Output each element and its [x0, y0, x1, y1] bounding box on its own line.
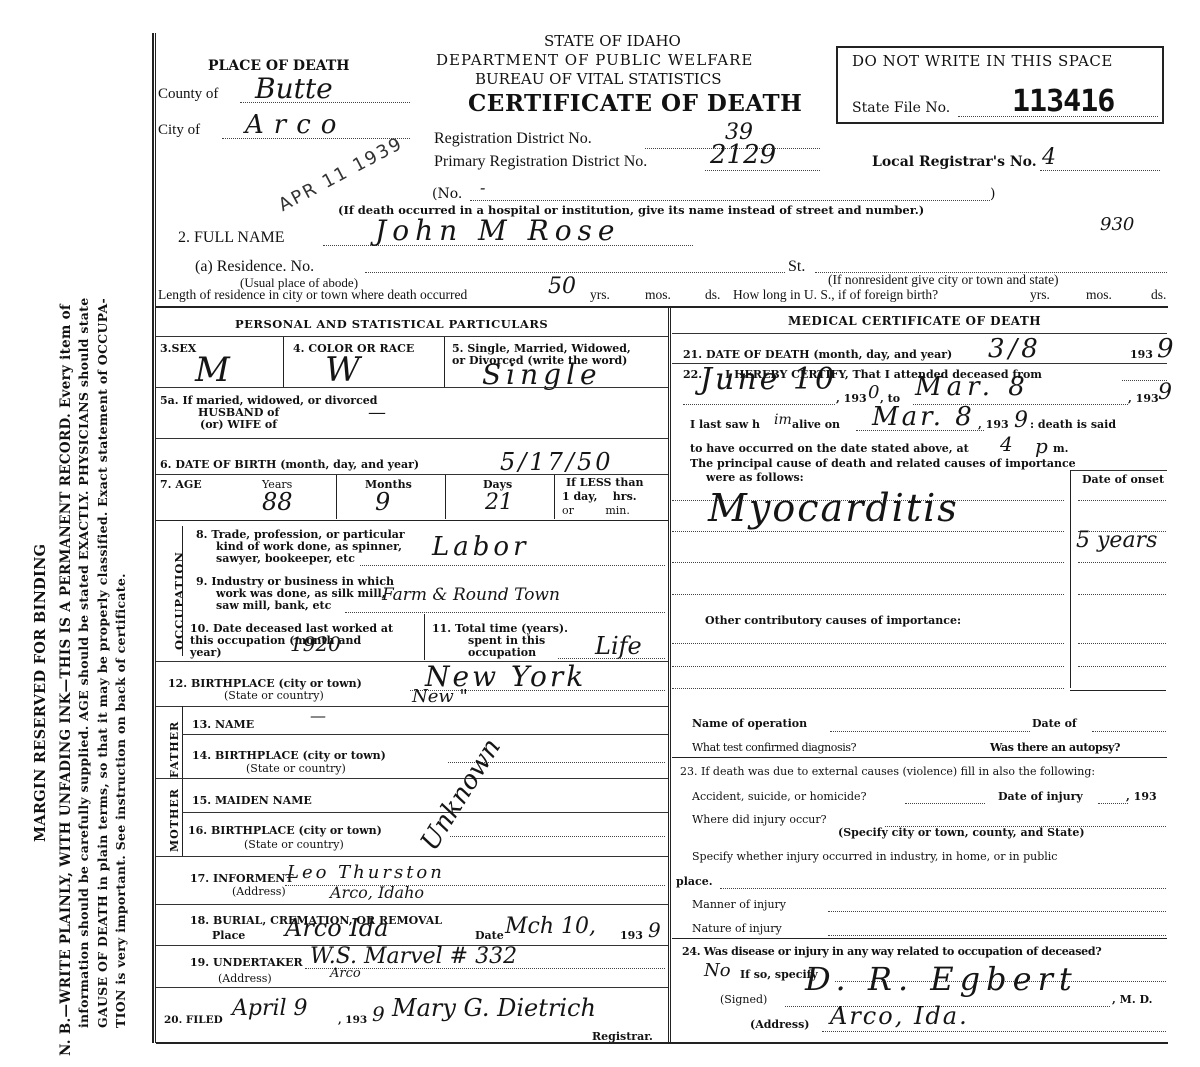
burial-year-prefix: 193	[620, 929, 643, 942]
cause-line-2	[672, 531, 1064, 532]
last-saw-value[interactable]: Mar. 8	[872, 402, 975, 432]
filed-label: 20. FILED	[164, 1014, 223, 1026]
last-saw-pronoun[interactable]: im	[774, 412, 792, 428]
foreign-ds-label: ds.	[1151, 287, 1166, 303]
burial-year-value[interactable]: 9	[648, 918, 661, 942]
yrs-label: yrs.	[590, 287, 610, 303]
color-race-value[interactable]: W	[325, 350, 360, 390]
spouse-label-3: (or) WIFE of	[200, 418, 277, 431]
divider	[1070, 470, 1167, 471]
age-months-value[interactable]: 9	[375, 488, 390, 516]
certificate-title: CERTIFICATE OF DEATH	[468, 90, 802, 117]
place-label: place.	[676, 875, 713, 888]
divider	[182, 526, 183, 656]
street-no-value[interactable]: -	[480, 178, 485, 197]
burial-place-label: Place	[212, 929, 245, 942]
county-value[interactable]: Butte	[255, 72, 333, 105]
age-label: 7. AGE	[160, 478, 202, 491]
time-value[interactable]: 4	[1000, 432, 1013, 456]
industry-value[interactable]: Farm & Round Town	[382, 585, 560, 605]
primary-reg-underline	[705, 170, 820, 171]
age-days-value[interactable]: 21	[485, 490, 513, 515]
external-causes-label: 23. If death was due to external causes …	[680, 765, 1095, 778]
mother-birthplace-label-1: 16. BIRTHPLACE (city or town)	[188, 824, 382, 837]
state-heading: STATE OF IDAHO	[544, 32, 681, 50]
md-label: , M. D.	[1112, 993, 1152, 1006]
nonresident-note: (If nonresident give city or town and st…	[828, 272, 1059, 288]
dod-year-value[interactable]: 9	[1157, 334, 1174, 364]
attended-to-value[interactable]: Mar. 8	[915, 372, 1030, 402]
father-birthplace-label-2: (State or country)	[246, 762, 346, 775]
mother-maiden-label: 15. MAIDEN NAME	[192, 794, 312, 807]
section-divider-top	[156, 306, 1168, 308]
operation-date-label: Date of	[1032, 717, 1077, 730]
column-divider	[668, 308, 671, 1044]
dob-label: 6. DATE OF BIRTH (month, day, and year)	[160, 458, 419, 471]
father-name-label: 13. NAME	[192, 718, 254, 731]
father-birthplace-label-1: 14. BIRTHPLACE (city or town)	[192, 749, 386, 762]
state-file-number: 113416	[1012, 84, 1114, 119]
city-label: City of	[158, 122, 200, 139]
margin-notes: MARGIN RESERVED FOR BINDING N. B.—WRITE …	[0, 0, 150, 1067]
divider	[672, 938, 1167, 939]
primary-reg-value[interactable]: 2129	[710, 140, 776, 170]
margin-line-3: GAUSE OF DEATH in plain terms, so that i…	[95, 298, 110, 1028]
operation-underline	[830, 731, 1030, 732]
accident-label: Accident, suicide, or homicide?	[692, 790, 866, 803]
informant-label: 17. INFORMENT	[190, 872, 294, 885]
cause-value[interactable]: Myocarditis	[708, 486, 959, 530]
occupation-related-value[interactable]: No	[704, 960, 731, 981]
trade-value[interactable]: Labor	[432, 532, 530, 562]
last-saw-label: I last saw h	[690, 418, 760, 431]
divider	[554, 475, 555, 519]
burial-date-label: Date	[475, 929, 504, 942]
divider	[156, 904, 668, 905]
onset-line-3	[1078, 562, 1166, 563]
margin-line-4: TION is very important. See instruction …	[113, 573, 128, 1028]
residence-label: (a) Residence. No.	[195, 258, 314, 276]
divider	[445, 475, 446, 519]
accident-underline	[905, 803, 985, 804]
attended-from-underline	[683, 404, 835, 405]
state-file-label: State File No.	[852, 100, 950, 116]
onset-label: Date of onset	[1082, 473, 1164, 486]
do-not-write-label: DO NOT WRITE IN THIS SPACE	[852, 52, 1113, 70]
burial-date-value[interactable]: Mch 10,	[505, 914, 596, 939]
onset-line-4	[1078, 594, 1166, 595]
industry-label-3: saw mill, bank, etc	[216, 599, 331, 612]
mother-birthplace-label-2: (State or country)	[244, 838, 344, 851]
street-label: St.	[788, 258, 805, 276]
test-label: What test confirmed diagnosis?	[692, 741, 856, 754]
contributory-label: Other contributory causes of importance:	[705, 614, 961, 627]
attended-from-value[interactable]: June 10	[700, 362, 837, 397]
informant-address-value[interactable]: Arco, Idaho	[330, 883, 424, 902]
registrar-signature[interactable]: Mary G. Dietrich	[392, 994, 596, 1022]
less-than-label-2: 1 day, hrs.	[562, 490, 637, 503]
divider	[156, 387, 668, 388]
divider	[336, 475, 337, 519]
divider	[424, 614, 425, 660]
undertaker-label: 19. UNDERTAKER	[190, 956, 303, 969]
address-underline	[822, 1031, 1166, 1032]
industry-underline	[345, 612, 665, 613]
divider	[1070, 690, 1166, 691]
street-no-underline	[470, 200, 990, 201]
age-years-value[interactable]: 88	[262, 488, 293, 516]
department-heading: DEPARTMENT OF PUBLIC WELFARE	[436, 51, 753, 69]
nature-label: Nature of injury	[692, 922, 782, 935]
divider	[1070, 470, 1071, 688]
full-name-label: 2. FULL NAME	[178, 229, 285, 247]
occupation-side-label: OCCUPATION	[172, 551, 186, 650]
filed-year-prefix: , 193	[338, 1014, 367, 1026]
occupation-related-label: 24. Was disease or injury in any way rel…	[682, 945, 1101, 958]
injury-year-label: , 193	[1126, 790, 1157, 803]
margin-line-2: information should be carefully supplied…	[76, 297, 91, 1028]
specify-note: (Specify city or town, county, and State…	[838, 826, 1085, 839]
sex-label: 3.SEX	[160, 342, 196, 355]
ampm-value[interactable]: p	[1035, 434, 1048, 458]
less-than-label-1: If LESS than	[566, 476, 644, 489]
street-no-label: (No.	[432, 186, 462, 202]
divider	[182, 734, 668, 735]
primary-reg-label: Primary Registration District No.	[434, 153, 647, 171]
address-label: (Address)	[750, 1018, 810, 1031]
nature-underline	[828, 935, 1166, 936]
signed-value[interactable]: D. R. Egbert	[805, 960, 1078, 998]
operation-label: Name of operation	[692, 717, 807, 730]
margin-line-1: N. B.—WRITE PLAINLY, WITH UNFADING INK—T…	[58, 304, 74, 1056]
occurred-at-label: to have occurred on the date stated abov…	[690, 442, 969, 455]
divider	[156, 706, 668, 707]
length-years-value[interactable]: 50	[548, 274, 576, 299]
less-than-label-3: or min.	[562, 504, 630, 517]
father-name-value[interactable]: —	[310, 706, 326, 725]
divider	[156, 336, 668, 337]
informant-value[interactable]: Leo Thurston	[287, 862, 445, 883]
cause-line-4	[672, 594, 1064, 595]
onset-contrib-1	[1078, 643, 1166, 644]
binding-note: MARGIN RESERVED FOR BINDING	[32, 544, 49, 842]
contributory-line-1	[672, 643, 1064, 644]
father-side-label: FATHER	[168, 721, 181, 778]
alive-on-label: alive on	[792, 418, 840, 431]
divider	[156, 856, 668, 857]
dod-year-prefix: 193	[1130, 348, 1153, 361]
full-name-value[interactable]: John M Rose	[375, 214, 621, 247]
autopsy-label: Was there an autopsy?	[990, 741, 1120, 754]
parents-value[interactable]: Unknown	[415, 733, 507, 856]
local-registrar-underline	[1040, 170, 1160, 171]
street-no-close: )	[990, 186, 995, 202]
divider	[156, 438, 668, 439]
cause-label-2: were as follows:	[706, 471, 804, 484]
manner-label: Manner of injury	[692, 898, 786, 911]
side-note: 930	[1100, 214, 1134, 235]
last-year-prefix: , 193	[978, 418, 1009, 431]
onset-contrib-2	[1078, 666, 1166, 667]
undertaker-address-label: (Address)	[218, 972, 272, 985]
informant-address-label: (Address)	[232, 885, 286, 898]
divider	[156, 661, 668, 662]
filed-date-value[interactable]: April 9	[232, 996, 308, 1021]
local-registrar-label: Local Registrar's No.	[872, 154, 1037, 170]
onset-value[interactable]: 5 years	[1076, 528, 1157, 553]
from-year-prefix: , 193	[836, 392, 867, 405]
injury-date-label: Date of injury	[998, 790, 1083, 803]
contributory-line-3	[672, 688, 1064, 689]
trade-label-3: sawyer, bookeeper, etc	[216, 552, 355, 565]
signed-label: (Signed)	[720, 993, 767, 1006]
ds-label: ds.	[705, 287, 720, 303]
local-registrar-value[interactable]: 4	[1042, 145, 1056, 170]
manner-underline	[828, 911, 1166, 912]
dob-value[interactable]: 5/17/50	[500, 448, 614, 476]
foreign-mos-label: mos.	[1086, 287, 1112, 303]
death-said-label: : death is said	[1030, 418, 1116, 431]
divider	[444, 337, 445, 387]
divider	[672, 757, 1167, 758]
birthplace-label-2: (State or country)	[224, 689, 324, 702]
cause-label-1: The principal cause of death and related…	[690, 457, 1076, 470]
to-year-prefix: , 193	[1128, 392, 1159, 405]
operation-date-underline	[1092, 731, 1166, 732]
total-time-label-3: occupation	[468, 646, 536, 659]
mos-label: mos.	[645, 287, 671, 303]
reg-district-label: Registration District No.	[434, 130, 592, 148]
onset-line-1	[1078, 500, 1166, 501]
dod-label: 21. DATE OF DEATH (month, day, and year)	[683, 348, 952, 361]
foreign-yrs-label: yrs.	[1030, 287, 1050, 303]
burial-place-value[interactable]: Arco Ida	[285, 914, 388, 942]
address-value[interactable]: Arco, Ida.	[830, 1002, 969, 1030]
whether-injury-label: Specify whether injury occurred in indus…	[692, 850, 1057, 863]
divider	[182, 812, 668, 813]
divider	[182, 780, 183, 856]
sex-value[interactable]: M	[195, 350, 230, 390]
last-worked-value[interactable]: 1920	[290, 632, 341, 656]
to-year-value[interactable]: 9	[1158, 380, 1172, 405]
last-worked-label-3: year)	[190, 646, 222, 659]
dod-value[interactable]: 3/8	[988, 334, 1042, 364]
cause-line-3	[672, 562, 1064, 563]
divider	[672, 333, 1167, 334]
form-left-border	[152, 33, 156, 1043]
trade-underline	[360, 565, 665, 566]
contributory-line-2	[672, 666, 1064, 667]
divider	[156, 778, 668, 779]
divider	[156, 474, 668, 475]
m-label: m.	[1053, 442, 1068, 455]
divider	[283, 337, 284, 387]
county-label: County of	[158, 86, 218, 103]
do-not-write-box: DO NOT WRITE IN THIS SPACE State File No…	[836, 46, 1164, 124]
divider	[182, 706, 183, 788]
filed-year-value[interactable]: 9	[372, 1002, 385, 1026]
city-value[interactable]: Arco	[245, 110, 346, 140]
divider	[156, 987, 668, 988]
medical-heading: MEDICAL CERTIFICATE OF DEATH	[788, 314, 1041, 328]
where-injury-label: Where did injury occur?	[692, 813, 827, 826]
mother-side-label: MOTHER	[168, 788, 181, 852]
form-bottom-border	[156, 1042, 1168, 1044]
divider	[156, 520, 668, 521]
total-time-value[interactable]: Life	[595, 632, 642, 660]
residence-no-underline	[365, 272, 785, 273]
spouse-value[interactable]: —	[368, 402, 386, 423]
last-year-value[interactable]: 9	[1014, 408, 1028, 433]
bureau-heading: BUREAU OF VITAL STATISTICS	[475, 70, 722, 88]
length-residence-label: Length of residence in city or town wher…	[158, 287, 467, 303]
injury-date-underline	[1098, 803, 1128, 804]
personal-heading: PERSONAL AND STATISTICAL PARTICULARS	[235, 317, 548, 331]
from-year-value[interactable]: 0	[868, 382, 879, 403]
foreign-birth-label: How long in U. S., if of foreign birth?	[733, 287, 938, 303]
birthplace-state-value[interactable]: New "	[412, 686, 468, 707]
place-underline	[720, 888, 1166, 889]
undertaker-address-value[interactable]: Arco	[330, 966, 361, 981]
mother-birthplace-underline	[450, 836, 665, 837]
